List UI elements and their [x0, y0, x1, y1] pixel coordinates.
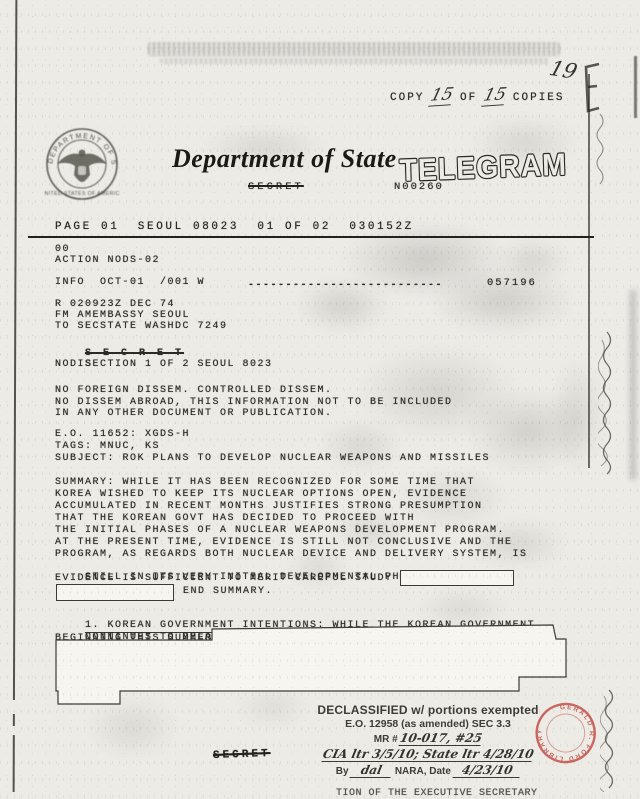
date-handwritten: 4/23/10	[452, 763, 522, 778]
declass-line2: E.O. 12958 (as amended) SEC 3.3	[308, 718, 548, 730]
declass-by-line: By dal NARA, Date 4/23/10	[308, 763, 548, 778]
ford-stamp-text: GERALD R. FORD LIBRARY	[529, 696, 602, 769]
svg-text:GERALD R. FORD LIBRARY: GERALD R. FORD LIBRARY	[529, 696, 602, 769]
nara-label: NARA, Date	[395, 766, 451, 777]
mr-label: MR #	[374, 734, 398, 745]
review-handwritten: CIA ltr 3/5/10; State ltr 4/28/10	[321, 747, 535, 762]
scanned-telegram-page: 19 COPY 15 OF 15 COPIES DEPARTMENT OF ST…	[0, 0, 640, 799]
redaction-box-large	[0, 0, 640, 799]
declass-line1: DECLASSIFIED w/ portions exempted	[308, 703, 548, 717]
declass-stamp-block: DECLASSIFIED w/ portions exempted E.O. 1…	[308, 703, 548, 778]
declass-review-line: CIA ltr 3/5/10; State ltr 4/28/10	[308, 747, 548, 762]
declass-mr-line: MR # 10-017, #25	[308, 731, 548, 746]
mr-number-handwritten: 10-017, #25	[399, 731, 484, 746]
by-label: By	[336, 766, 349, 777]
by-initials-handwritten: dal	[350, 763, 394, 778]
